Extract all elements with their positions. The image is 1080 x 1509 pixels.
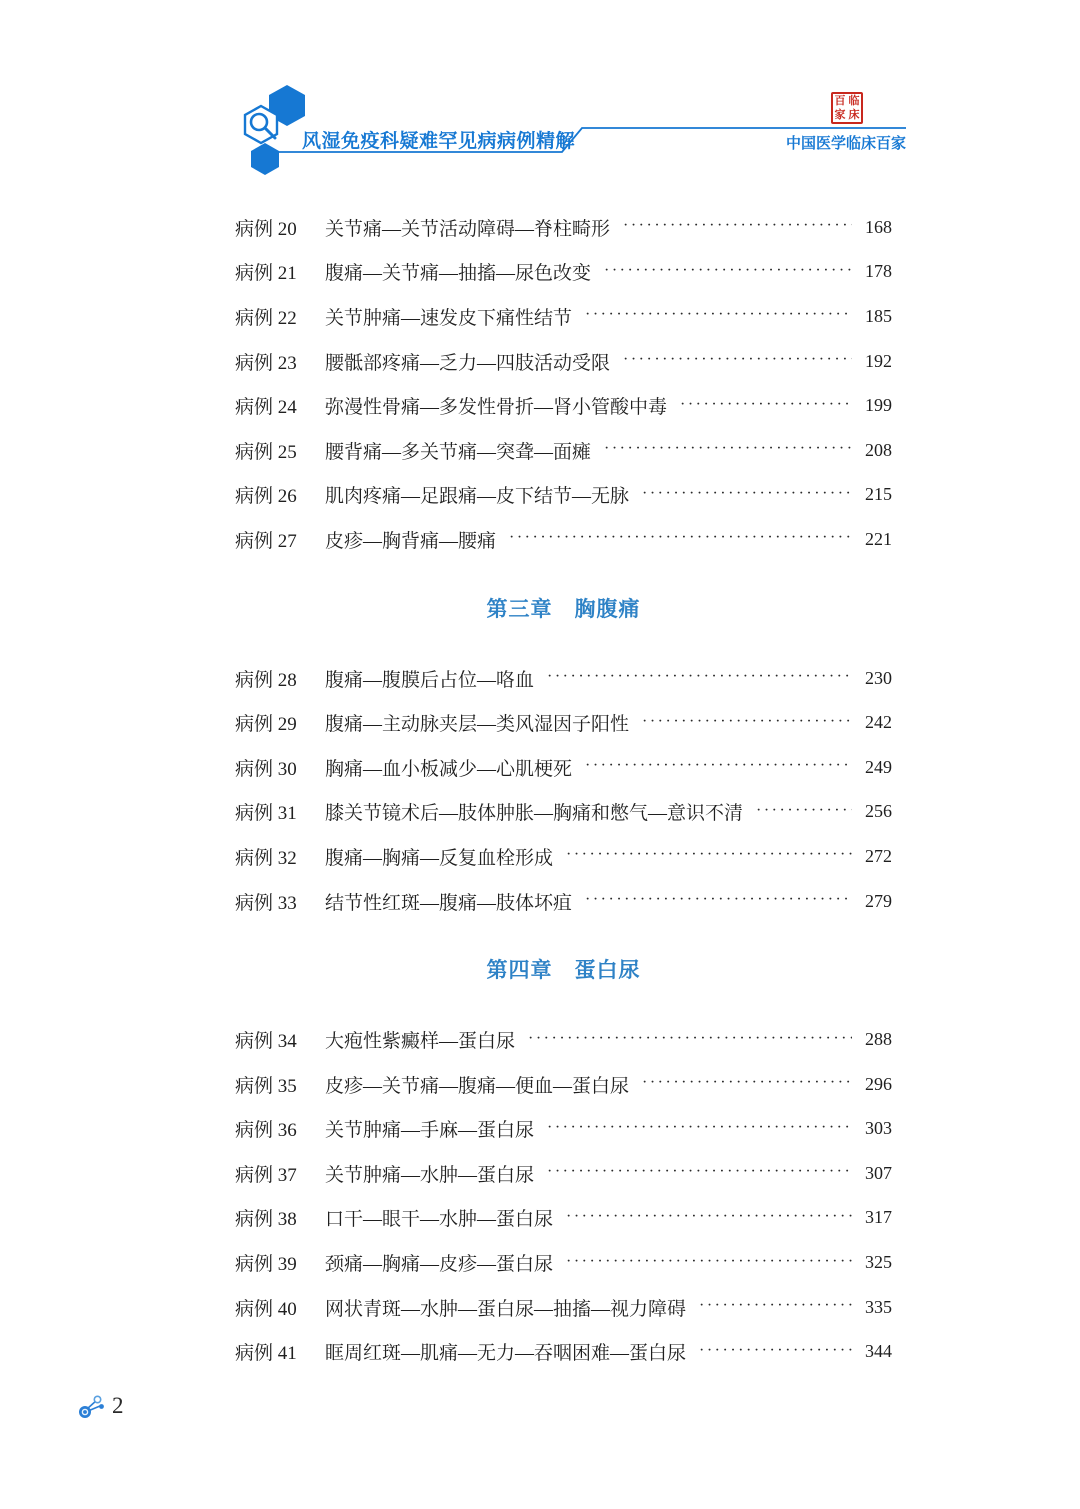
page-header: 风湿免疫科疑难罕见病病例精解 百 临 家 床 中国医学临床百家	[0, 0, 1080, 178]
red-seal-stamp-icon: 百 临 家 床	[831, 92, 863, 124]
toc-entry-title: 膝关节镜术后—肢体肿胀—胸痛和憋气—意识不清	[325, 798, 743, 825]
chapter-number: 第三章	[487, 593, 553, 623]
toc-entry-row: 病例 36 关节肿痛—手麻—蛋白尿 303	[235, 1107, 892, 1152]
toc-entry-title: 眶周红斑—肌痛—无力—吞咽困难—蛋白尿	[325, 1338, 686, 1365]
toc-entry-page-number: 242	[858, 712, 892, 733]
toc-entry-row: 病例 33 结节性红斑—腹痛—肢体坏疽 279	[235, 879, 892, 924]
toc-entry-row: 病例 35 皮疹—关节痛—腹痛—便血—蛋白尿 296	[235, 1062, 892, 1107]
toc-entry-row: 病例 25 腰背痛—多关节痛—突聋—面瘫 208	[235, 428, 892, 473]
toc-dot-leader	[547, 668, 852, 686]
toc-entry-label: 病例 29	[235, 709, 325, 736]
toc-entry-label: 病例 31	[235, 798, 325, 825]
toc-entry-title: 关节痛—关节活动障碍—脊柱畸形	[325, 214, 610, 241]
toc-entry-page-number: 317	[858, 1207, 892, 1228]
toc-entry-label: 病例 33	[235, 888, 325, 915]
toc-entry-title: 皮疹—胸背痛—腰痛	[325, 526, 496, 553]
toc-entry-row: 病例 38 口干—眼干—水肿—蛋白尿 317	[235, 1196, 892, 1241]
toc-entry-title: 腹痛—主动脉夹层—类风湿因子阳性	[325, 709, 629, 736]
toc-entry-page-number: 296	[858, 1074, 892, 1095]
toc-entry-label: 病例 35	[235, 1071, 325, 1098]
toc-entry-title: 关节肿痛—手麻—蛋白尿	[325, 1115, 534, 1142]
toc-entry-title: 腹痛—腹膜后占位—咯血	[325, 665, 534, 692]
toc-entry-label: 病例 21	[235, 258, 325, 285]
toc-entry-row: 病例 22 关节肿痛—速发皮下痛性结节 185	[235, 294, 892, 339]
toc-entry-label: 病例 28	[235, 665, 325, 692]
toc-entry-page-number: 192	[858, 351, 892, 372]
toc-entry-row: 病例 39 颈痛—胸痛—皮疹—蛋白尿 325	[235, 1240, 892, 1285]
toc-entry-title: 大疱性紫癜样—蛋白尿	[325, 1026, 515, 1053]
toc-entry-row: 病例 21 腹痛—关节痛—抽搐—尿色改变 178	[235, 250, 892, 295]
toc-entry-page-number: 215	[858, 484, 892, 505]
toc-entry-row: 病例 37 关节肿痛—水肿—蛋白尿 307	[235, 1151, 892, 1196]
toc-entry-label: 病例 38	[235, 1204, 325, 1231]
toc-entry-row: 病例 26 肌肉疼痛—足跟痛—皮下结节—无脉 215	[235, 473, 892, 518]
toc-entry-title: 腰骶部疼痛—乏力—四肢活动受限	[325, 348, 610, 375]
toc-entry-label: 病例 22	[235, 303, 325, 330]
toc-entry-label: 病例 32	[235, 843, 325, 870]
toc-dot-leader	[528, 1030, 852, 1048]
toc-entry-title: 皮疹—关节痛—腹痛—便血—蛋白尿	[325, 1071, 629, 1098]
toc-dot-leader	[623, 217, 852, 235]
toc-entry-page-number: 185	[858, 306, 892, 327]
footer-page-number: 2	[112, 1393, 124, 1419]
toc-entry-title: 关节肿痛—速发皮下痛性结节	[325, 303, 572, 330]
toc-entry-row: 病例 29 腹痛—主动脉夹层—类风湿因子阳性 242	[235, 700, 892, 745]
seal-char: 临	[849, 96, 860, 107]
toc-entry-label: 病例 26	[235, 481, 325, 508]
toc-entry-label: 病例 30	[235, 754, 325, 781]
toc-entry-page-number: 288	[858, 1029, 892, 1050]
toc-dot-leader	[680, 396, 852, 414]
toc-dot-leader	[547, 1163, 852, 1181]
toc-entry-label: 病例 27	[235, 526, 325, 553]
toc-entry-page-number: 279	[858, 891, 892, 912]
toc-dot-leader	[566, 1208, 852, 1226]
toc-dot-leader	[585, 306, 852, 324]
toc-dot-leader	[604, 262, 852, 280]
chapter-heading: 第四章 蛋白尿	[235, 951, 892, 987]
toc-entry-page-number: 249	[858, 757, 892, 778]
toc-entry-label: 病例 20	[235, 214, 325, 241]
toc-entry-title: 口干—眼干—水肿—蛋白尿	[325, 1204, 553, 1231]
toc-dot-leader	[699, 1297, 852, 1315]
toc-dot-leader	[509, 529, 852, 547]
toc-entry-page-number: 344	[858, 1341, 892, 1362]
toc-entry-title: 结节性红斑—腹痛—肢体坏疽	[325, 888, 572, 915]
toc-entry-page-number: 303	[858, 1118, 892, 1139]
toc-entry-title: 胸痛—血小板减少—心肌梗死	[325, 754, 572, 781]
toc-dot-leader	[585, 891, 852, 909]
toc-entry-page-number: 168	[858, 217, 892, 238]
book-title: 风湿免疫科疑难罕见病病例精解	[302, 126, 575, 153]
toc-entry-row: 病例 34 大疱性紫癜样—蛋白尿 288	[235, 1017, 892, 1062]
chapter-title: 胸腹痛	[575, 593, 641, 623]
toc-dot-leader	[566, 1253, 852, 1271]
toc-dot-leader	[623, 351, 852, 369]
toc-entry-page-number: 335	[858, 1297, 892, 1318]
toc-dot-leader	[642, 485, 852, 503]
toc-entry-title: 腰背痛—多关节痛—突聋—面瘫	[325, 437, 591, 464]
toc-entry-label: 病例 36	[235, 1115, 325, 1142]
toc-dot-leader	[604, 440, 852, 458]
toc-dot-leader	[566, 846, 852, 864]
toc-dot-leader	[699, 1342, 852, 1360]
toc-entry-page-number: 199	[858, 395, 892, 416]
toc-dot-leader	[585, 757, 852, 775]
toc-entry-label: 病例 37	[235, 1160, 325, 1187]
toc-entry-page-number: 230	[858, 668, 892, 689]
toc-entry-row: 病例 40 网状青斑—水肿—蛋白尿—抽搐—视力障碍 335	[235, 1285, 892, 1330]
seal-char: 百	[835, 96, 846, 107]
toc-entry-page-number: 178	[858, 261, 892, 282]
toc-entry-page-number: 221	[858, 529, 892, 550]
toc-entry-title: 腹痛—胸痛—反复血栓形成	[325, 843, 553, 870]
toc-entry-label: 病例 25	[235, 437, 325, 464]
toc: 病例 20 关节痛—关节活动障碍—脊柱畸形 168 病例 21 腹痛—关节痛—抽…	[235, 205, 892, 1374]
toc-entry-page-number: 272	[858, 846, 892, 867]
seal-char: 床	[849, 110, 860, 121]
toc-entry-label: 病例 24	[235, 392, 325, 419]
toc-entry-label: 病例 41	[235, 1338, 325, 1365]
toc-entry-label: 病例 23	[235, 348, 325, 375]
toc-entry-title: 关节肿痛—水肿—蛋白尿	[325, 1160, 534, 1187]
toc-entry-page-number: 325	[858, 1252, 892, 1273]
toc-entry-title: 颈痛—胸痛—皮疹—蛋白尿	[325, 1249, 553, 1276]
page-footer: 2	[76, 1390, 124, 1422]
toc-entry-title: 弥漫性骨痛—多发性骨折—肾小管酸中毒	[325, 392, 667, 419]
chapter-title: 蛋白尿	[575, 954, 641, 984]
chapter-number: 第四章	[487, 954, 553, 984]
toc-dot-leader	[642, 1074, 852, 1092]
seal-char: 家	[835, 110, 846, 121]
toc-entry-label: 病例 39	[235, 1249, 325, 1276]
toc-entry-row: 病例 27 皮疹—胸背痛—腰痛 221	[235, 517, 892, 562]
toc-dot-leader	[547, 1119, 852, 1137]
toc-entry-label: 病例 40	[235, 1294, 325, 1321]
toc-dot-leader	[756, 802, 852, 820]
toc-entry-page-number: 208	[858, 440, 892, 461]
toc-entry-page-number: 256	[858, 801, 892, 822]
toc-entry-title: 网状青斑—水肿—蛋白尿—抽搐—视力障碍	[325, 1294, 686, 1321]
toc-entry-page-number: 307	[858, 1163, 892, 1184]
toc-entry-row: 病例 32 腹痛—胸痛—反复血栓形成 272	[235, 834, 892, 879]
toc-entry-title: 肌肉疼痛—足跟痛—皮下结节—无脉	[325, 481, 629, 508]
toc-entry-title: 腹痛—关节痛—抽搐—尿色改变	[325, 258, 591, 285]
toc-entry-label: 病例 34	[235, 1026, 325, 1053]
toc-entry-row: 病例 31 膝关节镜术后—肢体肿胀—胸痛和憋气—意识不清 256	[235, 790, 892, 835]
chapter-heading: 第三章 胸腹痛	[235, 590, 892, 626]
book-page: { "page": { "background": "#ffffff", "ac…	[0, 0, 1080, 1509]
toc-entry-row: 病例 20 关节痛—关节活动障碍—脊柱畸形 168	[235, 205, 892, 250]
brand-text: 中国医学临床百家	[786, 132, 906, 153]
toc-entry-row: 病例 28 腹痛—腹膜后占位—咯血 230	[235, 656, 892, 701]
toc-entry-row: 病例 24 弥漫性骨痛—多发性骨折—肾小管酸中毒 199	[235, 383, 892, 428]
toc-dot-leader	[642, 713, 852, 731]
toc-entry-row: 病例 23 腰骶部疼痛—乏力—四肢活动受限 192	[235, 339, 892, 384]
molecule-nodes-icon	[76, 1390, 108, 1422]
toc-entry-row: 病例 30 胸痛—血小板减少—心肌梗死 249	[235, 745, 892, 790]
toc-entry-row: 病例 41 眶周红斑—肌痛—无力—吞咽困难—蛋白尿 344	[235, 1329, 892, 1374]
